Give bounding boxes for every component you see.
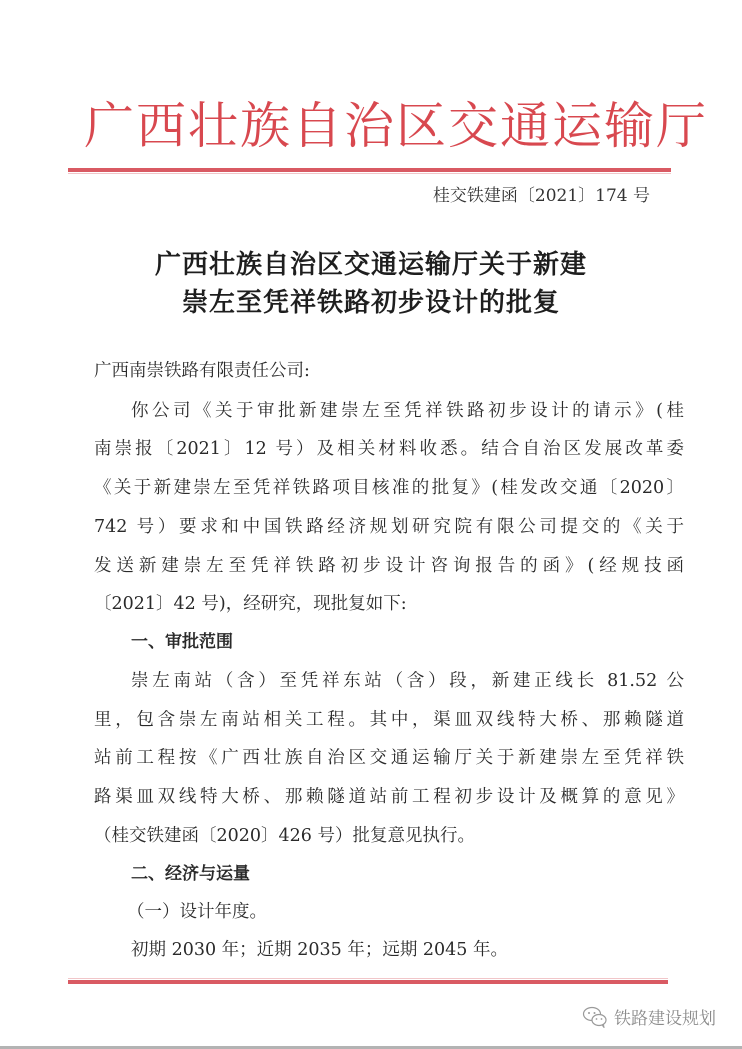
- paragraph-line: 发送新建崇左至凭祥铁路初步设计咨询报告的函》(经规技函: [94, 552, 684, 580]
- paragraph-line: （桂交铁建函〔2020〕426 号）批复意见执行。: [94, 822, 475, 850]
- paragraph-line: 里，包含崇左南站相关工程。其中，渠皿双线特大桥、那赖隧道: [94, 706, 684, 734]
- document-title-line-2: 崇左至凭祥铁路初步设计的批复: [0, 284, 742, 322]
- paragraph-line: 崇左南站（含）至凭祥东站（含）段，新建正线长 81.52 公: [131, 667, 684, 695]
- paragraph-line: 站前工程按《广西壮族自治区交通运输厅关于新建崇左至凭祥铁: [94, 744, 684, 772]
- paragraph-line: 路渠皿双线特大桥、那赖隧道站前工程初步设计及概算的意见》: [94, 783, 684, 811]
- addressee: 广西南崇铁路有限责任公司:: [94, 357, 310, 385]
- paragraph-line: 《关于新建崇左至凭祥铁路项目核准的批复》(桂发改交通〔2020〕: [94, 474, 684, 502]
- paragraph-line: 〔2021〕42 号)，经研究，现批复如下:: [94, 590, 407, 618]
- document-number: 桂交铁建函〔2021〕174 号: [433, 184, 650, 208]
- document-title-line-1: 广西壮族自治区交通运输厅关于新建: [0, 246, 742, 284]
- paragraph-line: 南崇报〔2021〕12 号）及相关材料收悉。结合自治区发展改革委: [94, 435, 684, 463]
- watermark-text: 铁路建设规划: [614, 1004, 716, 1029]
- subsection-heading-design-years: （一）设计年度。: [127, 898, 267, 926]
- paragraph-line: 742 号）要求和中国铁路经济规划研究院有限公司提交的《关于: [94, 513, 684, 541]
- footer-red-rule: [68, 980, 668, 984]
- design-years-text: 初期 2030 年；近期 2035 年；远期 2045 年。: [131, 936, 508, 964]
- footer-red-rule-thin: [68, 978, 668, 979]
- section-heading-approval-scope: 一、审批范围: [131, 628, 233, 656]
- section-heading-economy-traffic: 二、经济与运量: [131, 860, 250, 888]
- letterhead-red-rule-thin: [68, 173, 671, 174]
- agency-letterhead: 广西壮族自治区交通运输厅: [84, 96, 684, 156]
- paragraph-line: 你公司《关于审批新建崇左至凭祥铁路初步设计的请示》(桂: [131, 397, 684, 425]
- wechat-icon: [582, 1006, 608, 1028]
- letterhead-red-rule: [68, 168, 671, 172]
- wechat-watermark: 铁路建设规划: [582, 1004, 716, 1029]
